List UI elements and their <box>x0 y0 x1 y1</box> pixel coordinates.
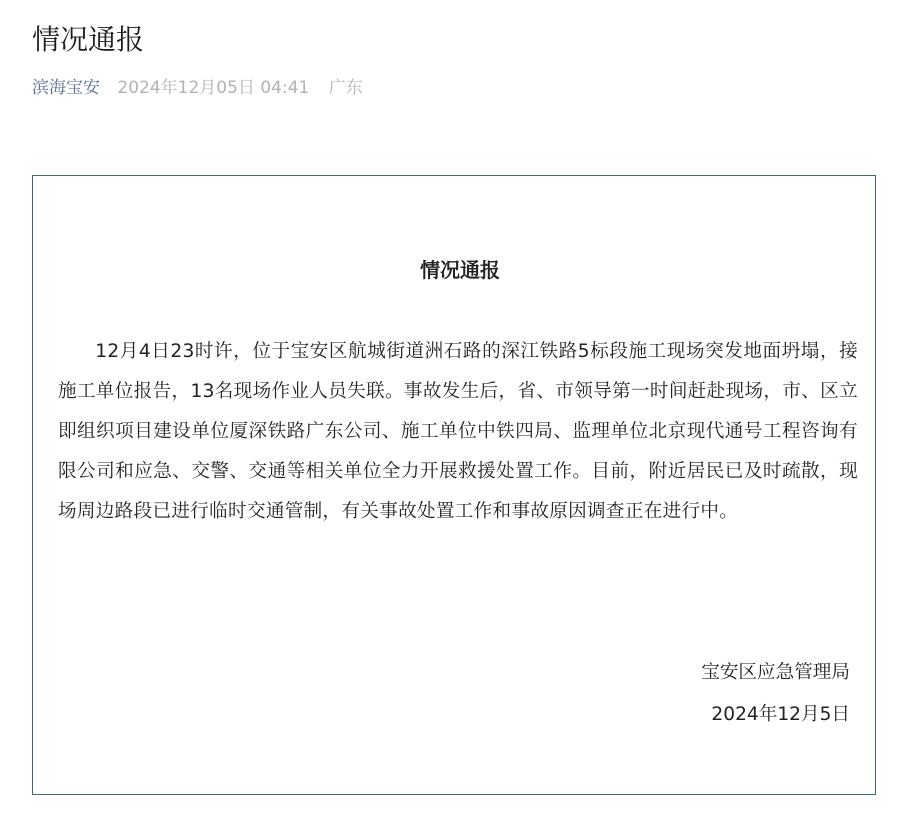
publish-time: 2024年12月05日 04:41 <box>117 78 309 98</box>
page-title: 情况通报 <box>32 20 144 60</box>
notice-body: 12月4日23时许，位于宝安区航城街道洲石路的深江铁路5标段施工现场突发地面坍塌… <box>58 332 858 532</box>
signature-issuer: 宝安区应急管理局 <box>701 652 850 694</box>
notice-signature: 宝安区应急管理局 2024年12月5日 <box>701 652 850 736</box>
publish-region: 广东 <box>329 78 363 98</box>
notice-title: 情况通报 <box>0 254 920 286</box>
signature-date: 2024年12月5日 <box>701 694 850 736</box>
article-meta: 滨海宝安 2024年12月05日 04:41 广东 <box>32 76 363 100</box>
source-account-link[interactable]: 滨海宝安 <box>32 78 100 98</box>
